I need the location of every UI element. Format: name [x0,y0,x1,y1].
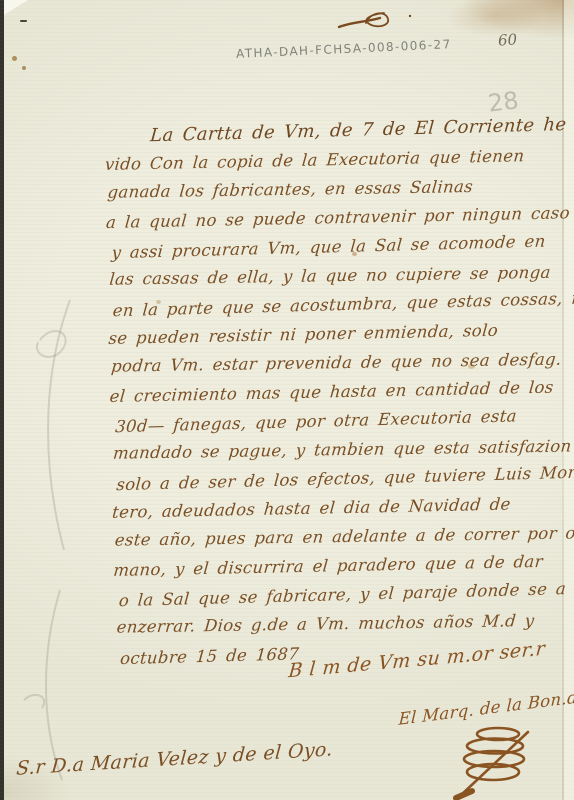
letter-body: La Cartta de Vm, de 7 de El Corriente he… [104,111,574,672]
ink-speck [22,66,26,70]
clipped-corner [4,0,28,15]
cross-flourish-icon [336,8,414,38]
ink-speck [20,20,27,22]
scanned-manuscript-page: { "marginalia": { "archive_code": "ATHA-… [0,0,574,800]
rubric-flourish-icon [448,716,540,800]
ink-speck [12,56,17,61]
folio-number: 60 [497,30,517,49]
